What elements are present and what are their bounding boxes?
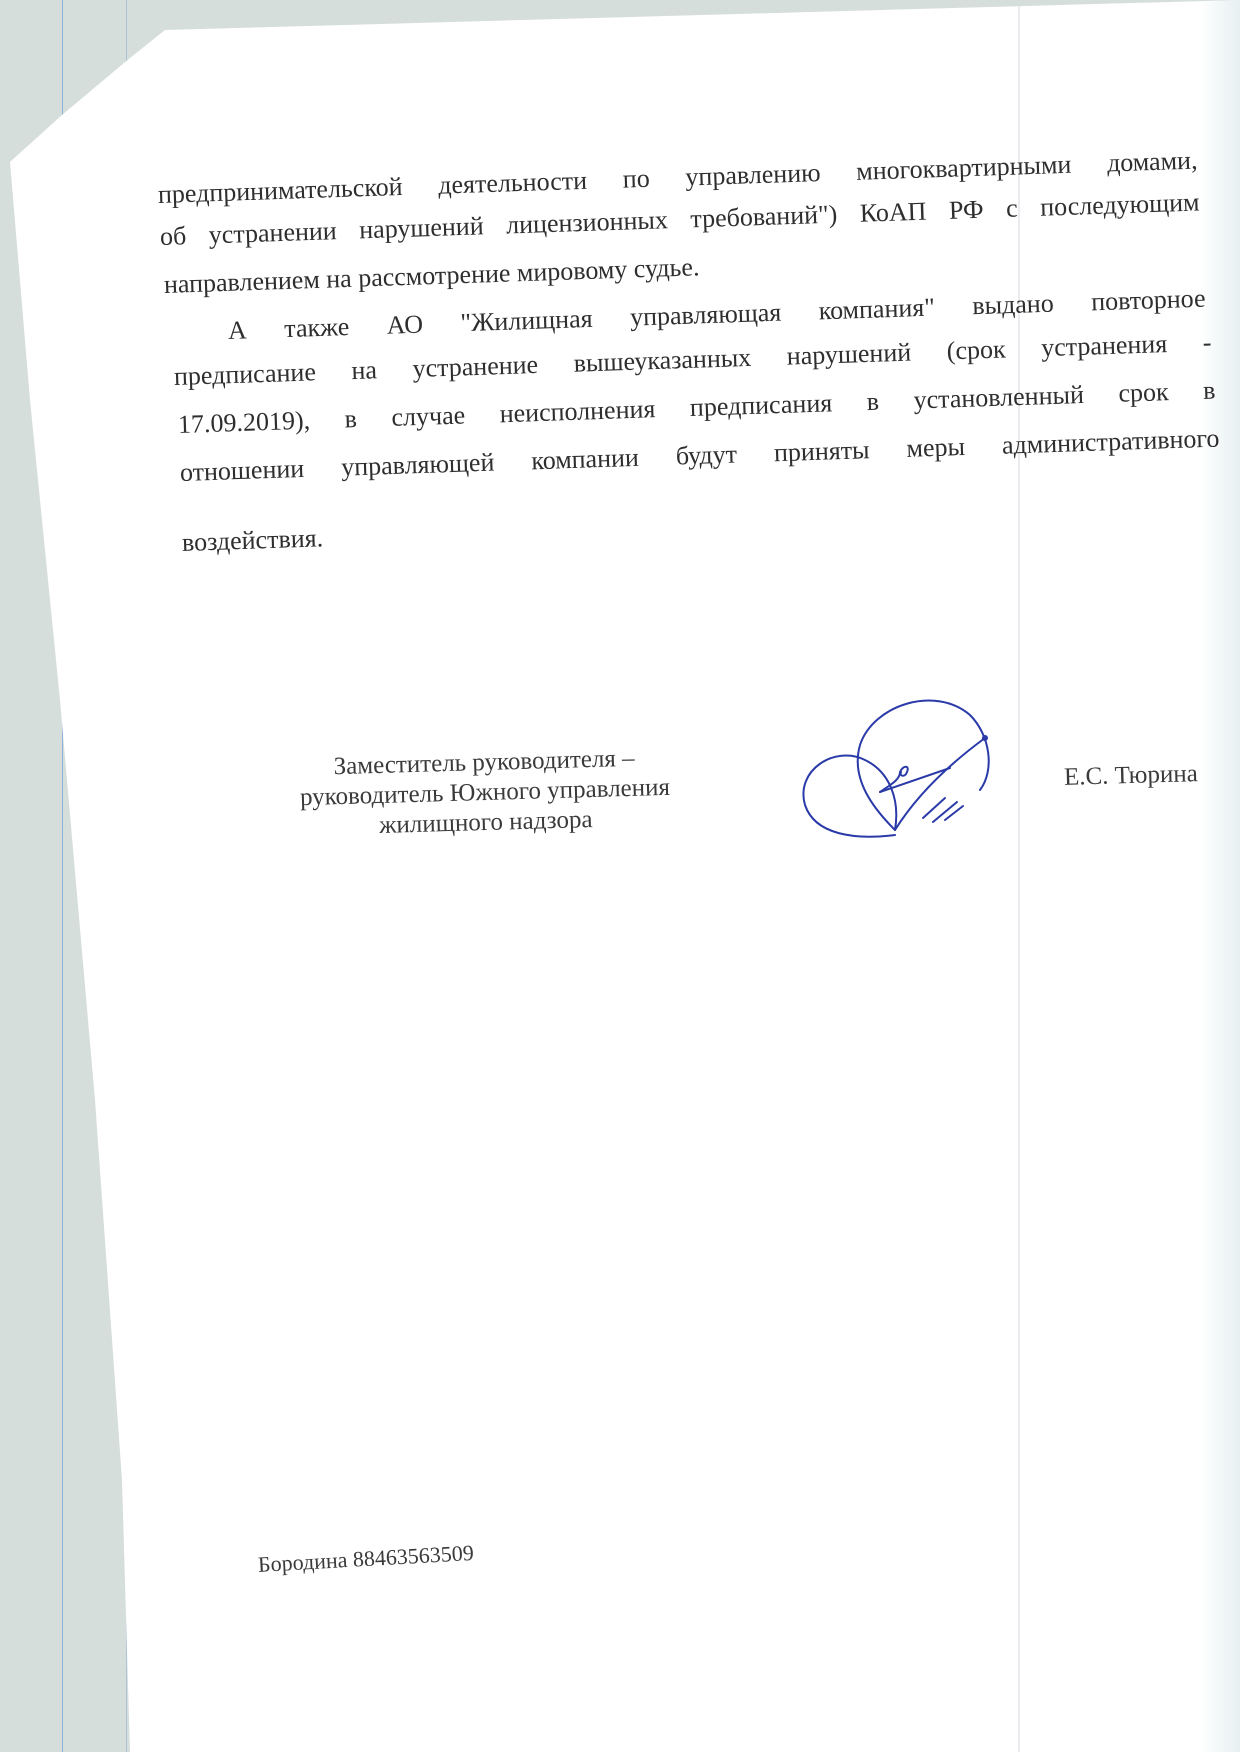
- signatory-title: Заместитель руководителя – руководитель …: [249, 741, 721, 844]
- body-line-7: отношении управляющей компании будут при…: [180, 426, 1220, 486]
- body-line-8: воздействия.: [182, 525, 324, 556]
- signatory-name: Е.С. Тюрина: [1064, 760, 1198, 792]
- document-page: предпринимательской деятельности по упра…: [0, 0, 1240, 1752]
- page-edge-shadow: [1200, 0, 1240, 1752]
- handwritten-signature-icon: [795, 690, 1010, 840]
- executor-contact: Бородина 88463563509: [257, 1540, 474, 1578]
- paper-fold-line: [1018, 0, 1020, 1752]
- body-line-3: направлением на рассмотрение мировому су…: [164, 254, 700, 298]
